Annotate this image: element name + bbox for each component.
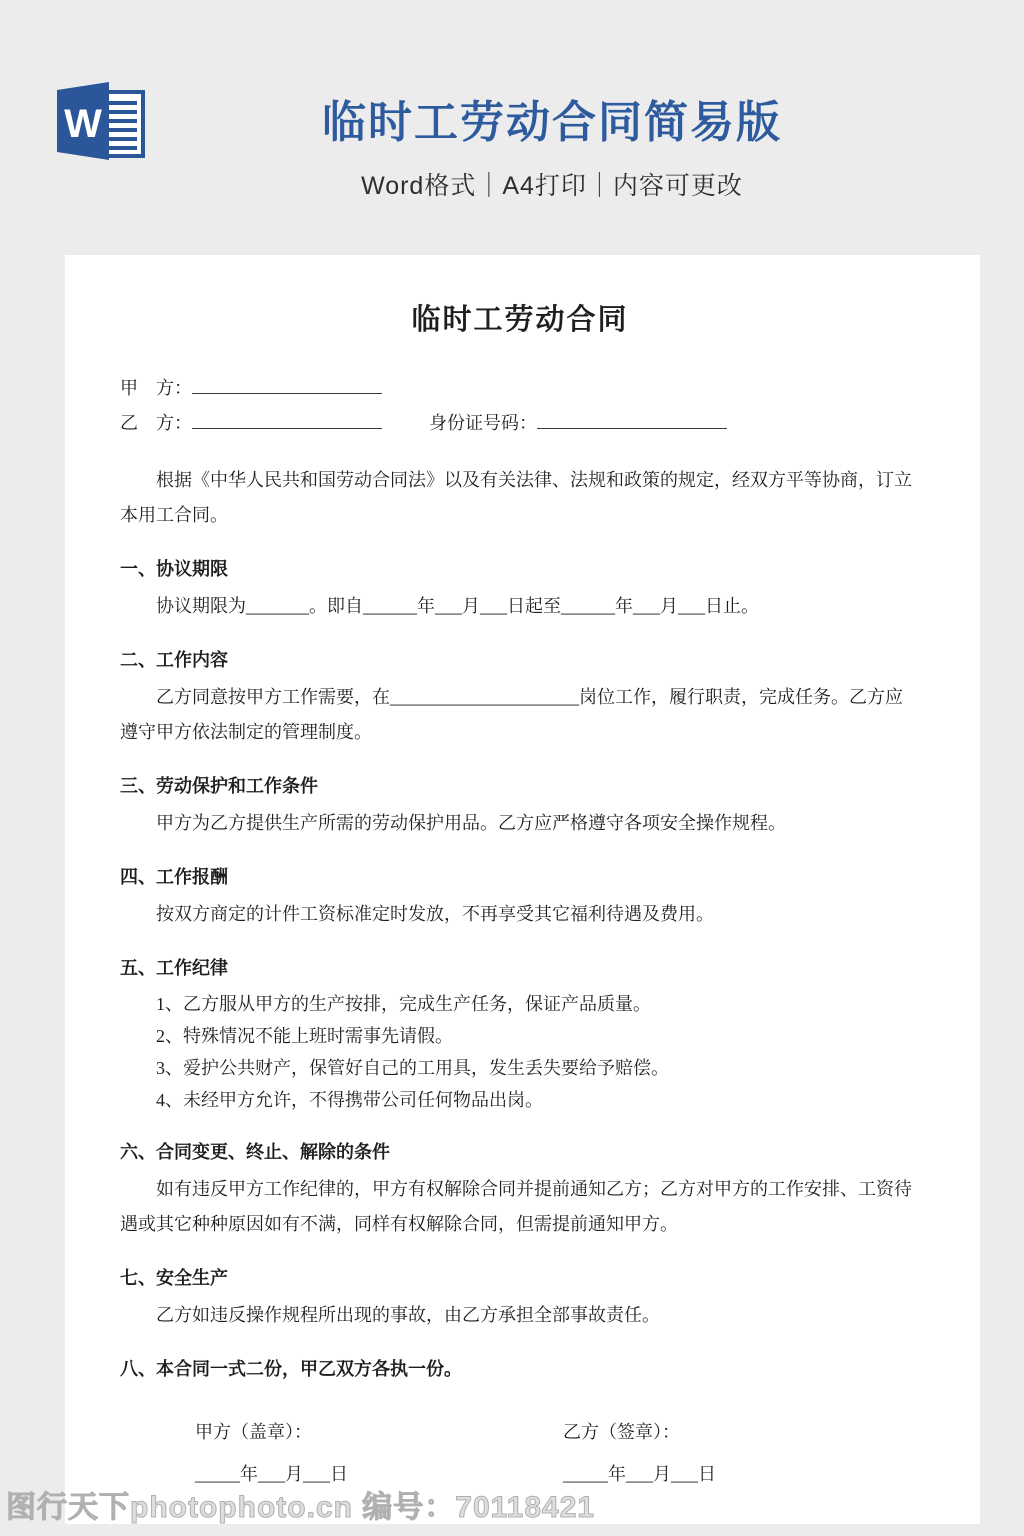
section-pay: 四、工作报酬 按双方商定的计件工资标准定时发放，不再享受其它福利待遇及费用。	[120, 861, 920, 932]
party-b-signature-block: 乙方（签章）： _____年___月___日	[563, 1415, 716, 1492]
section-heading: 五、工作纪律	[120, 952, 920, 984]
section-body: 乙方如违反操作规程所出现的事故，由乙方承担全部事故责任。	[120, 1298, 920, 1333]
contract-page: 临时工劳动合同 甲 方： 乙 方：身份证号码： 根据《中华人民共和国劳动合同法》…	[65, 255, 980, 1524]
section-work-content: 二、工作内容 乙方同意按甲方工作需要，在____________________…	[120, 644, 920, 750]
section-heading: 四、工作报酬	[120, 861, 920, 893]
id-number-label: 身份证号码：	[429, 413, 537, 433]
id-number-blank	[537, 428, 727, 429]
section-heading: 七、安全生产	[120, 1262, 920, 1294]
section-labor-protection: 三、劳动保护和工作条件 甲方为乙方提供生产所需的劳动保护用品。乙方应严格遵守各项…	[120, 770, 920, 841]
contract-title: 临时工劳动合同	[120, 301, 920, 339]
section-body: 按双方商定的计件工资标准定时发放，不再享受其它福利待遇及费用。	[120, 897, 920, 932]
party-a-signature-label: 甲方（盖章）：	[195, 1415, 348, 1449]
watermark-text: 图行天下photophoto.cn 编号：70118421	[6, 1482, 595, 1526]
discipline-item: 1、乙方服从甲方的生产按排，完成生产任务，保证产品质量。	[120, 988, 920, 1020]
discipline-item: 2、特殊情况不能上班时需事先请假。	[120, 1020, 920, 1052]
section-body: 如有违反甲方工作纪律的，甲方有权解除合同并提前通知乙方；乙方对甲方的工作安排、工…	[120, 1172, 920, 1242]
party-b-blank	[192, 428, 382, 429]
discipline-item: 4、未经甲方允许，不得携带公司任何物品出岗。	[120, 1084, 920, 1116]
section-heading: 一、协议期限	[120, 553, 920, 585]
poster-subtitle: Word格式｜A4打印｜内容可更改	[80, 166, 1024, 202]
poster-header: W 临时工劳动合同简易版 Word格式｜A4打印｜内容可更改	[0, 0, 1024, 255]
section-discipline: 五、工作纪律 1、乙方服从甲方的生产按排，完成生产任务，保证产品质量。 2、特殊…	[120, 952, 920, 1116]
party-b-signature-label: 乙方（签章）：	[563, 1415, 716, 1449]
section-copies: 八、本合同一式二份，甲乙双方各执一份。	[120, 1353, 920, 1385]
section-heading: 三、劳动保护和工作条件	[120, 770, 920, 802]
section-body: 协议期限为_______。即自______年___月___日起至______年_…	[120, 589, 920, 624]
section-term: 一、协议期限 协议期限为_______。即自______年___月___日起至_…	[120, 553, 920, 624]
section-heading: 六、合同变更、终止、解除的条件	[120, 1136, 920, 1168]
party-a-signature-block: 甲方（盖章）： _____年___月___日	[195, 1415, 348, 1492]
section-termination: 六、合同变更、终止、解除的条件 如有违反甲方工作纪律的，甲方有权解除合同并提前通…	[120, 1136, 920, 1242]
discipline-items: 1、乙方服从甲方的生产按排，完成生产任务，保证产品质量。 2、特殊情况不能上班时…	[120, 988, 920, 1116]
section-heading: 八、本合同一式二份，甲乙双方各执一份。	[120, 1353, 920, 1385]
section-body: 乙方同意按甲方工作需要，在_____________________岗位工作，履…	[120, 680, 920, 750]
poster-canvas: { "header": { "title": "临时工劳动合同简易版", "su…	[0, 0, 1024, 1536]
signature-area: 甲方（盖章）： _____年___月___日 乙方（签章）： _____年___…	[120, 1415, 920, 1492]
party-a-row: 甲 方：	[120, 371, 920, 406]
party-b-row: 乙 方：身份证号码：	[120, 406, 920, 441]
section-safety: 七、安全生产 乙方如违反操作规程所出现的事故，由乙方承担全部事故责任。	[120, 1262, 920, 1333]
party-b-label: 乙 方：	[120, 413, 192, 433]
section-heading: 二、工作内容	[120, 644, 920, 676]
section-body: 甲方为乙方提供生产所需的劳动保护用品。乙方应严格遵守各项安全操作规程。	[120, 806, 920, 841]
header-text-block: 临时工劳动合同简易版 Word格式｜A4打印｜内容可更改	[80, 86, 1024, 202]
discipline-item: 3、爱护公共财产，保管好自己的工用具，发生丢失要给予赔偿。	[120, 1052, 920, 1084]
party-a-blank	[192, 393, 382, 394]
intro-paragraph: 根据《中华人民共和国劳动合同法》以及有关法律、法规和政策的规定，经双方平等协商，…	[120, 463, 920, 533]
poster-title: 临时工劳动合同简易版	[80, 86, 1024, 150]
party-a-label: 甲 方：	[120, 378, 192, 398]
